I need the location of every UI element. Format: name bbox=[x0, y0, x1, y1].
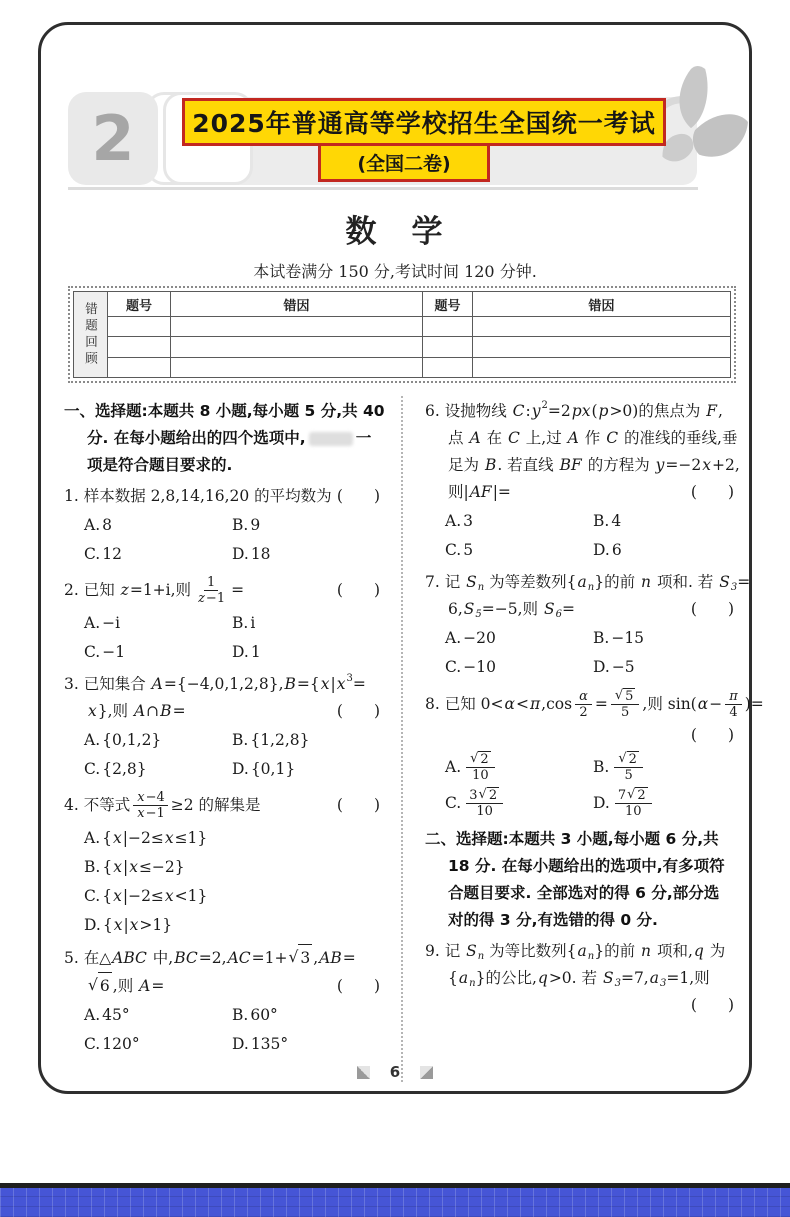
option-D: D. {x|x>1} bbox=[64, 916, 172, 934]
option-B: B. {1,2,8} bbox=[212, 731, 310, 749]
fraction: 7√210 bbox=[615, 787, 652, 819]
option-A: A. 8 bbox=[64, 516, 212, 534]
text-line: 9. 记 Sn 为等比数列{an}的前 n 项和,q 为 bbox=[425, 938, 734, 965]
option-D: D. 1 bbox=[212, 643, 261, 661]
question-3: 3. 已知集合 A={−4,0,1,2,8},B={x|x3=x},则 A∩B=… bbox=[64, 671, 380, 783]
text-line: 3. 已知集合 A={−4,0,1,2,8},B={x|x3= bbox=[64, 671, 380, 698]
exam-page: 2 2025年普通高等学校招生全国统一考试 (全国二卷) 数 学 本试卷满分 1… bbox=[0, 0, 790, 1217]
option-D: D. 6 bbox=[573, 541, 622, 559]
review-empty-cell[interactable] bbox=[170, 316, 422, 336]
question-8: 8. 已知 0<α<π,cosα2=√55,则 sin(α−π4)=( )A. … bbox=[425, 686, 734, 821]
review-empty-cell[interactable] bbox=[472, 316, 730, 336]
question-column-left: 一、选择题:本题共 8 小题,每小题 5 分,共 40分. 在每小题给出的四个选… bbox=[64, 398, 380, 1063]
fraction: x−4x−1 bbox=[133, 790, 168, 821]
sqrt-expression: √2 bbox=[479, 787, 500, 803]
text-line: {an}的公比,q>0. 若 S3=7,a3=1,则 bbox=[425, 965, 734, 992]
option-B: B. {x|x≤−2} bbox=[64, 858, 185, 876]
options: A. 3B. 4C. 5D. 6 bbox=[425, 506, 734, 564]
section-heading: 二、选择题:本题共 3 小题,每小题 6 分,共18 分. 在每小题给出的选项中… bbox=[425, 826, 734, 934]
review-empty-cell[interactable] bbox=[170, 357, 422, 377]
blurred-text-patch bbox=[309, 432, 353, 446]
text-line: 分. 在每小题给出的四个选项中,一 bbox=[64, 425, 380, 452]
text-line: 6,S5=−5,则 S6=( ) bbox=[425, 596, 734, 623]
option-B: B. 4 bbox=[573, 512, 621, 530]
option-C: C. 3√210 bbox=[425, 785, 573, 821]
review-col-header: 题号 bbox=[422, 292, 472, 316]
option-B: B. −15 bbox=[573, 629, 644, 647]
option-A: A. 3 bbox=[425, 512, 573, 530]
options: A. {0,1,2}B. {1,2,8}C. {2,8}D. {0,1} bbox=[64, 725, 380, 783]
option-C: C. −10 bbox=[425, 658, 573, 676]
option-A: A. −i bbox=[64, 614, 212, 632]
options: A. 45°B. 60°C. 120°D. 135° bbox=[64, 1000, 380, 1058]
review-col-header: 错因 bbox=[472, 292, 730, 316]
options: A. √210B. √25C. 3√210D. 7√210 bbox=[425, 749, 734, 821]
sqrt-expression: √2 bbox=[618, 751, 639, 767]
exam-subtitle-banner: (全国二卷) bbox=[318, 146, 490, 182]
bottom-decoration-band bbox=[0, 1188, 790, 1217]
text-line: 项是符合题目要求的. bbox=[64, 452, 380, 479]
option-D: D. 18 bbox=[212, 545, 271, 563]
fraction: π4 bbox=[725, 689, 742, 720]
review-col-header: 题号 bbox=[108, 292, 170, 316]
sqrt-expression: √2 bbox=[470, 751, 491, 767]
subject-title: 数 学 bbox=[0, 206, 790, 251]
text-line: 8. 已知 0<α<π,cosα2=√55,则 sin(α−π4)= bbox=[425, 686, 734, 722]
option-A: A. {0,1,2} bbox=[64, 731, 212, 749]
review-empty-cell[interactable] bbox=[472, 357, 730, 377]
mistake-review-table: 错题回顾 题号错因题号错因 bbox=[68, 286, 736, 383]
option-D: D. {0,1} bbox=[212, 760, 295, 778]
review-empty-cell[interactable] bbox=[108, 336, 170, 356]
edition-badge-number: 2 bbox=[91, 102, 134, 175]
option-D: D. 7√210 bbox=[573, 785, 655, 821]
option-D: D. 135° bbox=[212, 1035, 288, 1053]
review-empty-cell[interactable] bbox=[108, 357, 170, 377]
text-line: x},则 A∩B=( ) bbox=[64, 698, 380, 725]
sqrt-expression: √5 bbox=[615, 688, 636, 704]
review-col-header: 错因 bbox=[170, 292, 422, 316]
text-line: 则|AF|=( ) bbox=[425, 479, 734, 506]
exam-subtitle: (全国二卷) bbox=[357, 149, 450, 176]
options: A. −iB. iC. −1D. 1 bbox=[64, 608, 380, 666]
text-line: 1. 样本数据 2,8,14,16,20 的平均数为( ) bbox=[64, 483, 380, 510]
exam-title-banner: 2025年普通高等学校招生全国统一考试 bbox=[182, 98, 666, 146]
exam-title: 2025年普通高等学校招生全国统一考试 bbox=[192, 104, 656, 140]
option-C: C. 5 bbox=[425, 541, 573, 559]
paper-note: 本试卷满分 150 分,考试时间 120 分钟. bbox=[0, 259, 790, 282]
sqrt-expression: √3 bbox=[288, 944, 312, 972]
option-A: A. {x|−2≤x≤1} bbox=[64, 829, 207, 847]
footer-corner-icon bbox=[420, 1066, 433, 1079]
option-A: A. −20 bbox=[425, 629, 573, 647]
review-empty-cell[interactable] bbox=[422, 357, 472, 377]
text-line: √6,则 A=( ) bbox=[64, 972, 380, 1000]
fraction: √25 bbox=[614, 751, 643, 783]
review-empty-cell[interactable] bbox=[422, 316, 472, 336]
question-2: 2. 已知 z=1+i,则1z−1=( )A. −iB. iC. −1D. 1 bbox=[64, 573, 380, 666]
options: A. 8B. 9C. 12D. 18 bbox=[64, 510, 380, 568]
text-line: 对的得 3 分,有选错的得 0 分. bbox=[425, 907, 734, 934]
page-number: 6 bbox=[390, 1063, 400, 1081]
fraction: α2 bbox=[575, 689, 592, 720]
option-C: C. 120° bbox=[64, 1035, 212, 1053]
text-line: 2. 已知 z=1+i,则1z−1=( ) bbox=[64, 573, 380, 608]
review-side-label: 错题回顾 bbox=[82, 302, 100, 368]
review-empty-cell[interactable] bbox=[108, 316, 170, 336]
option-A: A. 45° bbox=[64, 1006, 212, 1024]
option-C: C. −1 bbox=[64, 643, 212, 661]
edition-badge: 2 bbox=[68, 92, 158, 185]
fraction: 1z−1 bbox=[194, 575, 228, 606]
page-footer: 6 bbox=[0, 1063, 790, 1081]
option-D: D. −5 bbox=[573, 658, 635, 676]
footer-corner-icon bbox=[357, 1066, 370, 1079]
header-base-line bbox=[68, 187, 698, 190]
text-line: 合题目要求. 全部选对的得 6 分,部分选 bbox=[425, 880, 734, 907]
text-line: 点 A 在 C 上,过 A 作 C 的准线的垂线,垂 bbox=[425, 425, 734, 452]
section-heading: 一、选择题:本题共 8 小题,每小题 5 分,共 40分. 在每小题给出的四个选… bbox=[64, 398, 380, 479]
text-line: 7. 记 Sn 为等差数列{an}的前 n 项和. 若 S3= bbox=[425, 569, 734, 596]
review-side-label-cell: 错题回顾 bbox=[73, 291, 107, 378]
question-5: 5. 在△ABC 中,BC=2,AC=1+√3,AB=√6,则 A=( )A. … bbox=[64, 944, 380, 1058]
text-line: 6. 设抛物线 C:y2=2px(p>0)的焦点为 F, bbox=[425, 398, 734, 425]
question-1: 1. 样本数据 2,8,14,16,20 的平均数为( )A. 8B. 9C. … bbox=[64, 483, 380, 568]
fraction: 3√210 bbox=[466, 787, 503, 819]
fraction: √210 bbox=[466, 751, 495, 783]
text-line: 18 分. 在每小题给出的选项中,有多项符 bbox=[425, 853, 734, 880]
text-line: 足为 B. 若直线 BF 的方程为 y=−2x+2, bbox=[425, 452, 734, 479]
option-B: B. 60° bbox=[212, 1006, 278, 1024]
sqrt-expression: √2 bbox=[627, 787, 648, 803]
review-empty-cell[interactable] bbox=[422, 336, 472, 356]
column-divider bbox=[401, 396, 403, 1082]
text-line: 二、选择题:本题共 3 小题,每小题 6 分,共 bbox=[425, 826, 734, 853]
question-7: 7. 记 Sn 为等差数列{an}的前 n 项和. 若 S3=6,S5=−5,则… bbox=[425, 569, 734, 681]
text-line: ( ) bbox=[425, 722, 734, 749]
question-4: 4. 不等式x−4x−1≥2 的解集是( )A. {x|−2≤x≤1}B. {x… bbox=[64, 788, 380, 939]
text-line: 一、选择题:本题共 8 小题,每小题 5 分,共 40 bbox=[64, 398, 380, 425]
option-B: B. i bbox=[212, 614, 255, 632]
options: A. −20B. −15C. −10D. −5 bbox=[425, 623, 734, 681]
sqrt-expression: √6 bbox=[88, 972, 112, 1000]
review-grid: 题号错因题号错因 bbox=[107, 291, 731, 378]
option-C: C. {x|−2≤x<1} bbox=[64, 887, 207, 905]
option-C: C. 12 bbox=[64, 545, 212, 563]
review-empty-cell[interactable] bbox=[472, 336, 730, 356]
question-column-right: 6. 设抛物线 C:y2=2px(p>0)的焦点为 F,点 A 在 C 上,过 … bbox=[425, 398, 734, 1024]
option-B: B. 9 bbox=[212, 516, 260, 534]
option-B: B. √25 bbox=[573, 749, 646, 785]
question-9: 9. 记 Sn 为等比数列{an}的前 n 项和,q 为{an}的公比,q>0.… bbox=[425, 938, 734, 1019]
text-line: 4. 不等式x−4x−1≥2 的解集是( ) bbox=[64, 788, 380, 823]
question-6: 6. 设抛物线 C:y2=2px(p>0)的焦点为 F,点 A 在 C 上,过 … bbox=[425, 398, 734, 564]
review-empty-cell[interactable] bbox=[170, 336, 422, 356]
text-line: 5. 在△ABC 中,BC=2,AC=1+√3,AB= bbox=[64, 944, 380, 972]
options: A. {x|−2≤x≤1}B. {x|x≤−2}C. {x|−2≤x<1}D. … bbox=[64, 823, 380, 939]
option-C: C. {2,8} bbox=[64, 760, 212, 778]
option-A: A. √210 bbox=[425, 749, 573, 785]
fraction: √55 bbox=[611, 688, 640, 720]
